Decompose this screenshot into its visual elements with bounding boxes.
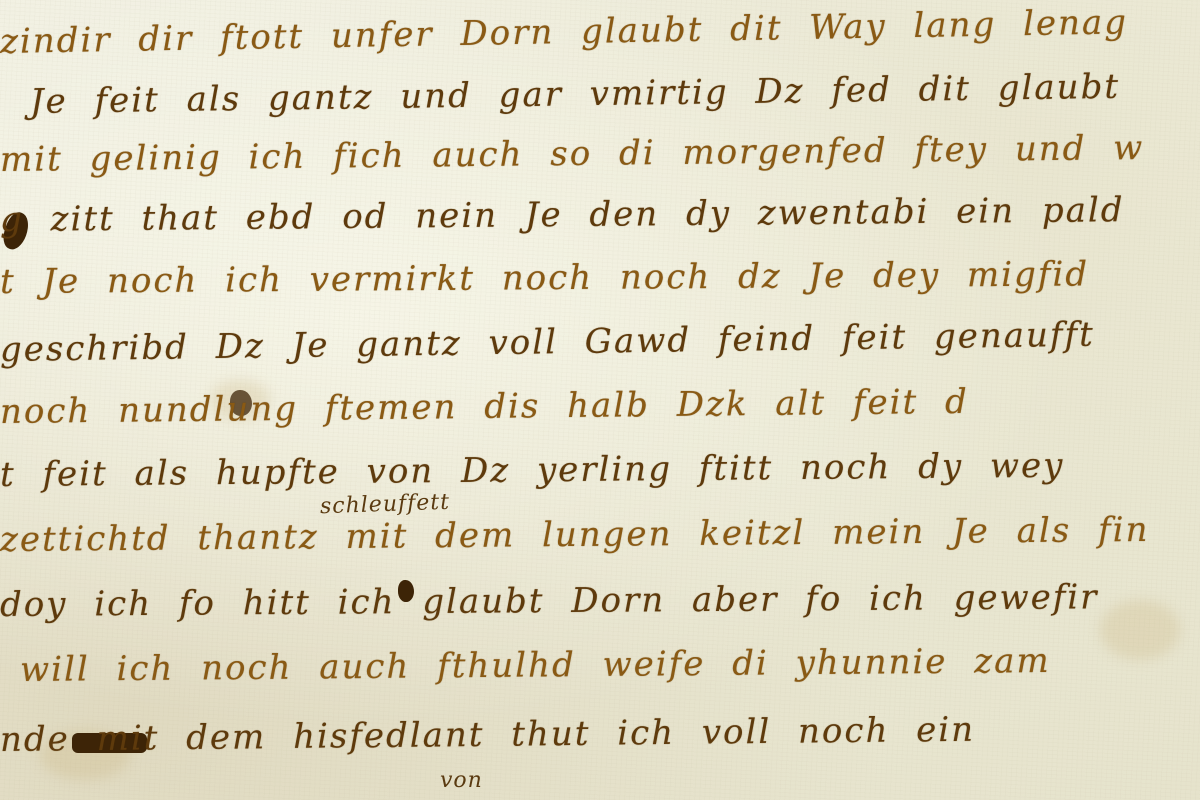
manuscript-line-5: t Je noch ich vermirkt noch noch dz Je d… [0,254,1089,302]
manuscript-line-10: doy ich fo hitt ich glaubt Dorn aber fo … [0,577,1099,625]
manuscript-line-4: g zitt that ebd od nein Je den dy zwenta… [0,190,1125,240]
manuscript-page: zindir dir ftott unfer Dorn glaubt dit W… [0,0,1200,800]
manuscript-line-6: geschribd Dz Je gantz voll Gawd feind fe… [0,315,1095,370]
manuscript-line-1: zindir dir ftott unfer Dorn glaubt dit W… [0,2,1128,62]
manuscript-line-12: nde mit dem hisfedlant thut ich voll noc… [0,710,975,760]
manuscript-line-3: mit gelinig ich fich auch so di morgenfe… [0,128,1145,180]
manuscript-line-11: will ich noch auch fthulhd weife di yhun… [20,641,1051,690]
interlinear-note: von [440,768,483,793]
interlinear-note: schleuffett [320,490,451,520]
paper-stain [1100,600,1180,660]
manuscript-line-2: Je feit als gantz und gar vmirtig Dz fed… [30,67,1121,122]
manuscript-line-8: t feit als hupfte von Dz yerling ftitt n… [0,446,1065,495]
manuscript-line-7: noch nundlung ftemen dis halb Dzk alt fe… [0,382,969,432]
manuscript-line-9: zettichtd thantz mit dem lungen keitzl m… [0,510,1150,560]
